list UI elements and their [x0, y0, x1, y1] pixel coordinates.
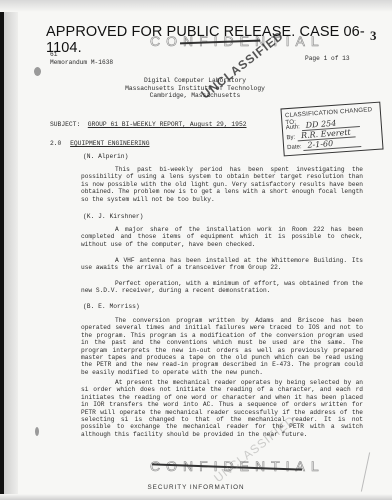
paragraph-text: A VHF antenna has been installed at the …	[81, 257, 363, 272]
auth-label: Auth:	[286, 124, 300, 131]
security-information-footer: SECURITY INFORMATION	[0, 484, 392, 491]
paragraph-kirshner-3: Perfect operation, with a minimum of eff…	[81, 280, 363, 295]
paragraph-morriss-2: At present the mechanical reader operate…	[81, 379, 363, 438]
paragraph-kirshner-2: A VHF antenna has been installed at the …	[81, 257, 363, 272]
scan-bottom-shadow	[0, 494, 392, 500]
paragraph-text: Perfect operation, with a minimum of eff…	[81, 280, 363, 295]
letterhead-lab: Digital Computer Laboratory	[100, 77, 290, 85]
author-alperin: (N. Alperin)	[83, 153, 128, 160]
punch-hole-bottom	[35, 427, 39, 436]
author-morriss: (B. E. Morriss)	[83, 303, 140, 310]
memo-header-left: 61 Memorandum M-1638	[50, 51, 113, 66]
subject-label: SUBJECT:	[50, 121, 80, 128]
group-number: 61	[50, 51, 113, 59]
letterhead: Digital Computer Laboratory Massachusett…	[100, 77, 290, 100]
paragraph-kirshner-1: A major share of the installation work i…	[81, 226, 363, 248]
paragraph-morriss-1: The conversion program written by Adams …	[81, 317, 363, 376]
paragraph-text: This past bi-weekly period has been spen…	[81, 166, 363, 203]
subject-line: SUBJECT: GROUP 61 BI-WEEKLY REPORT, Augu…	[50, 121, 247, 128]
subject-value: GROUP 61 BI-WEEKLY REPORT, August 29, 19…	[88, 121, 247, 128]
paragraph-text: At present the mechanical reader operate…	[81, 379, 363, 438]
date-label: Date:	[287, 144, 302, 151]
letterhead-city: Cambridge, Massachusetts	[100, 92, 290, 100]
classification-changed-stamp: CLASSIFICATION CHANGED TO: Auth:DD 254 B…	[280, 102, 383, 157]
letterhead-institute: Massachusetts Institute of Technology	[100, 85, 290, 93]
scan-left-shadow	[4, 0, 18, 500]
section-number: 2.0	[50, 140, 61, 147]
corner-page-number: 3	[370, 28, 377, 44]
punch-hole-top	[34, 67, 41, 76]
paragraph-text: A major share of the installation work i…	[81, 226, 363, 248]
by-label: By:	[286, 135, 295, 142]
paragraph-text: The conversion program written by Adams …	[81, 317, 363, 376]
paragraph-alperin: This past bi-weekly period has been spen…	[81, 166, 363, 203]
scan-top-shadow	[0, 0, 392, 12]
section-heading: 2.0 EQUIPMENT ENGINEERING	[50, 140, 149, 147]
author-kirshner: (K. J. Kirshner)	[83, 213, 143, 220]
page-label: Page 1 of 13	[305, 55, 350, 63]
section-title: EQUIPMENT ENGINEERING	[70, 140, 149, 147]
memo-number: Memorandum M-1638	[50, 59, 113, 67]
